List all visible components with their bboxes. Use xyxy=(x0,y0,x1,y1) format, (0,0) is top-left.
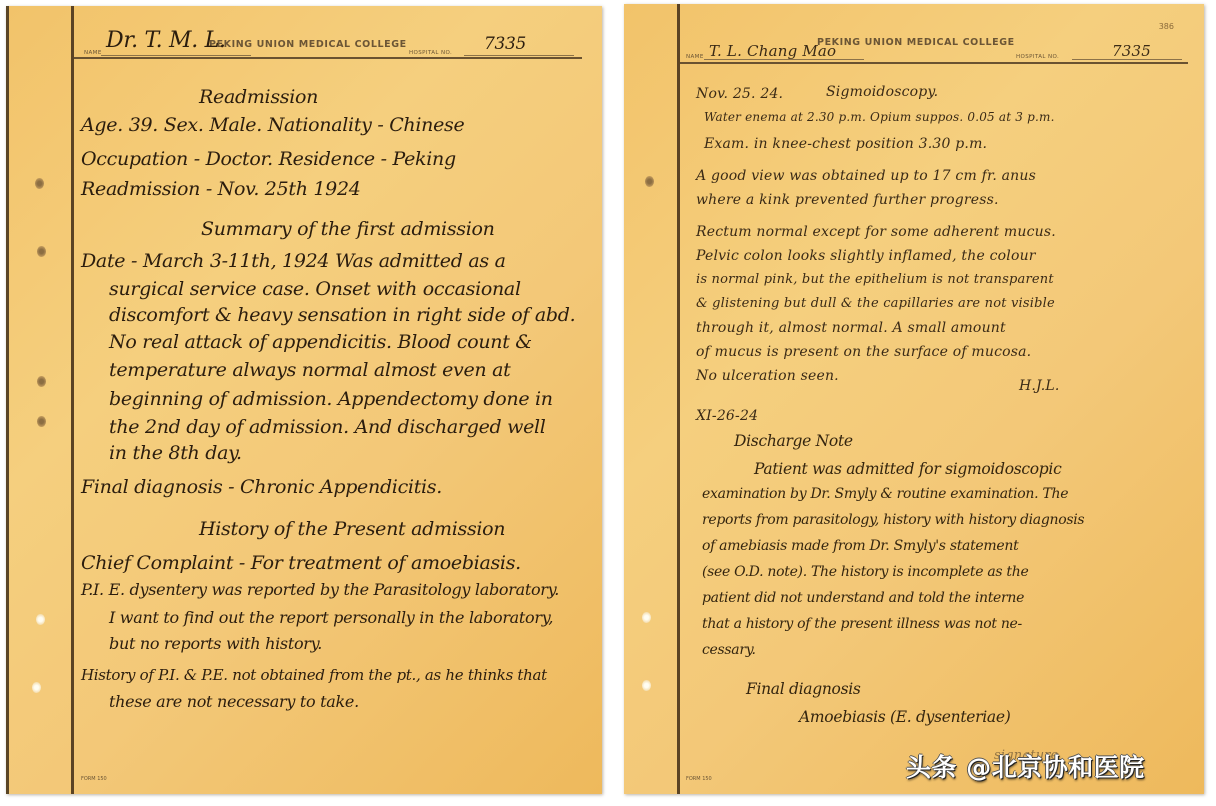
binding-margin-line xyxy=(677,4,680,794)
history-heading: History of the Present admission xyxy=(199,518,505,540)
summary-line: beginning of admission. Appendectomy don… xyxy=(109,388,553,410)
form-code: FORM 150 xyxy=(81,776,107,782)
findings-line: of mucus is present on the surface of mu… xyxy=(696,344,1031,360)
findings-line: through it, almost normal. A small amoun… xyxy=(696,320,1006,336)
summary-line: No real attack of appendicitis. Blood co… xyxy=(109,331,532,353)
procedure-line: Water enema at 2.30 p.m. Opium suppos. 0… xyxy=(704,110,1055,124)
hospital-no-underline xyxy=(464,55,574,56)
punch-hole-icon xyxy=(37,376,46,387)
demographics-line: Age. 39. Sex. Male. Nationality - Chines… xyxy=(81,114,464,136)
findings-line: No ulceration seen. xyxy=(696,368,839,384)
punch-hole-icon xyxy=(642,612,651,623)
summary-heading: Summary of the first admission xyxy=(201,218,495,240)
demographics-line: Occupation - Doctor. Residence - Peking xyxy=(81,148,456,170)
punch-hole-icon xyxy=(37,416,46,427)
summary-line: Date - March 3-11th, 1924 Was admitted a… xyxy=(81,250,506,272)
final-diagnosis-value: Amoebiasis (E. dysenteriae) xyxy=(799,708,1010,726)
summary-line: the 2nd day of admission. And discharged… xyxy=(109,416,546,438)
history-line: History of P.I. & P.E. not obtained from… xyxy=(81,666,547,684)
final-diagnosis: Final diagnosis - Chronic Appendicitis. xyxy=(81,476,442,498)
discharge-line: (see O.D. note). The history is incomple… xyxy=(702,564,1028,580)
punch-hole-icon xyxy=(36,614,45,625)
summary-line: discomfort & heavy sensation in right si… xyxy=(109,304,575,326)
patient-name: Dr. T. M. L. xyxy=(106,28,226,53)
discharge-heading: Discharge Note xyxy=(734,432,853,450)
form-code: FORM 150 xyxy=(686,776,712,782)
findings-line: Pelvic colon looks slightly inflamed, th… xyxy=(696,248,1036,264)
discharge-line: cessary. xyxy=(702,642,756,658)
source-watermark: 头条 @北京协和医院 xyxy=(906,748,1145,784)
section-title-readmission: Readmission xyxy=(199,86,318,108)
summary-line: temperature always normal almost even at xyxy=(109,359,510,381)
header-rule xyxy=(680,62,1188,64)
page-number: 386 xyxy=(1159,22,1174,31)
punch-hole-icon xyxy=(642,680,651,691)
history-line: these are not necessary to take. xyxy=(109,692,359,711)
final-diagnosis-label: Final diagnosis xyxy=(746,680,861,698)
punch-hole-icon xyxy=(32,682,41,693)
findings-initials: H.J.L. xyxy=(1019,378,1060,394)
punch-hole-icon xyxy=(645,176,654,187)
college-header: PEKING UNION MEDICAL COLLEGE xyxy=(209,39,407,50)
discharge-line: examination by Dr. Smyly & routine exami… xyxy=(702,486,1068,502)
summary-line: surgical service case. Onset with occasi… xyxy=(109,278,521,300)
hospital-no-value: 7335 xyxy=(1112,42,1151,60)
hospital-no-label: HOSPITAL NO. xyxy=(1016,54,1059,60)
discharge-line: of amebiasis made from Dr. Smyly's state… xyxy=(702,538,1018,554)
history-line: but no reports with history. xyxy=(109,634,322,653)
procedure-title: Sigmoidoscopy. xyxy=(826,84,938,100)
discharge-line: patient did not understand and told the … xyxy=(702,590,1024,606)
findings-line: is normal pink, but the epithelium is no… xyxy=(696,272,1054,287)
punch-hole-icon xyxy=(37,246,46,257)
header-rule xyxy=(74,57,582,59)
discharge-date: XI-26-24 xyxy=(696,408,758,424)
hospital-no-label: HOSPITAL NO. xyxy=(409,50,452,56)
procedure-date: Nov. 25. 24. xyxy=(696,86,783,102)
left-record-page: PEKING UNION MEDICAL COLLEGE NAME Dr. T.… xyxy=(6,6,602,794)
hospital-no-value: 7335 xyxy=(484,34,526,54)
college-header: PEKING UNION MEDICAL COLLEGE xyxy=(817,37,1015,48)
binding-margin-line xyxy=(71,6,74,794)
summary-line: in the 8th day. xyxy=(109,442,242,464)
findings-line: & glistening but dull & the capillaries … xyxy=(696,296,1055,311)
discharge-line: reports from parasitology, history with … xyxy=(702,512,1084,528)
patient-name: T. L. Chang Mao xyxy=(709,42,836,60)
history-line: P.I. E. dysentery was reported by the Pa… xyxy=(81,580,559,599)
discharge-line: Patient was admitted for sigmoidoscopic xyxy=(754,460,1061,478)
name-label: NAME xyxy=(686,54,704,60)
procedure-line: A good view was obtained up to 17 cm fr.… xyxy=(696,168,1036,184)
name-underline xyxy=(101,55,251,56)
procedure-line: where a kink prevented further progress. xyxy=(696,192,999,208)
discharge-line: that a history of the present illness wa… xyxy=(702,616,1022,632)
right-record-page: 386 PEKING UNION MEDICAL COLLEGE NAME T.… xyxy=(624,4,1204,794)
findings-line: Rectum normal except for some adherent m… xyxy=(696,224,1056,240)
punch-hole-icon xyxy=(35,178,44,189)
procedure-line: Exam. in knee-chest position 3.30 p.m. xyxy=(704,136,987,152)
history-line: I want to find out the report personally… xyxy=(109,608,553,627)
demographics-line: Readmission - Nov. 25th 1924 xyxy=(81,178,361,200)
name-label: NAME xyxy=(84,50,102,56)
history-line: Chief Complaint - For treatment of amoeb… xyxy=(81,552,521,574)
